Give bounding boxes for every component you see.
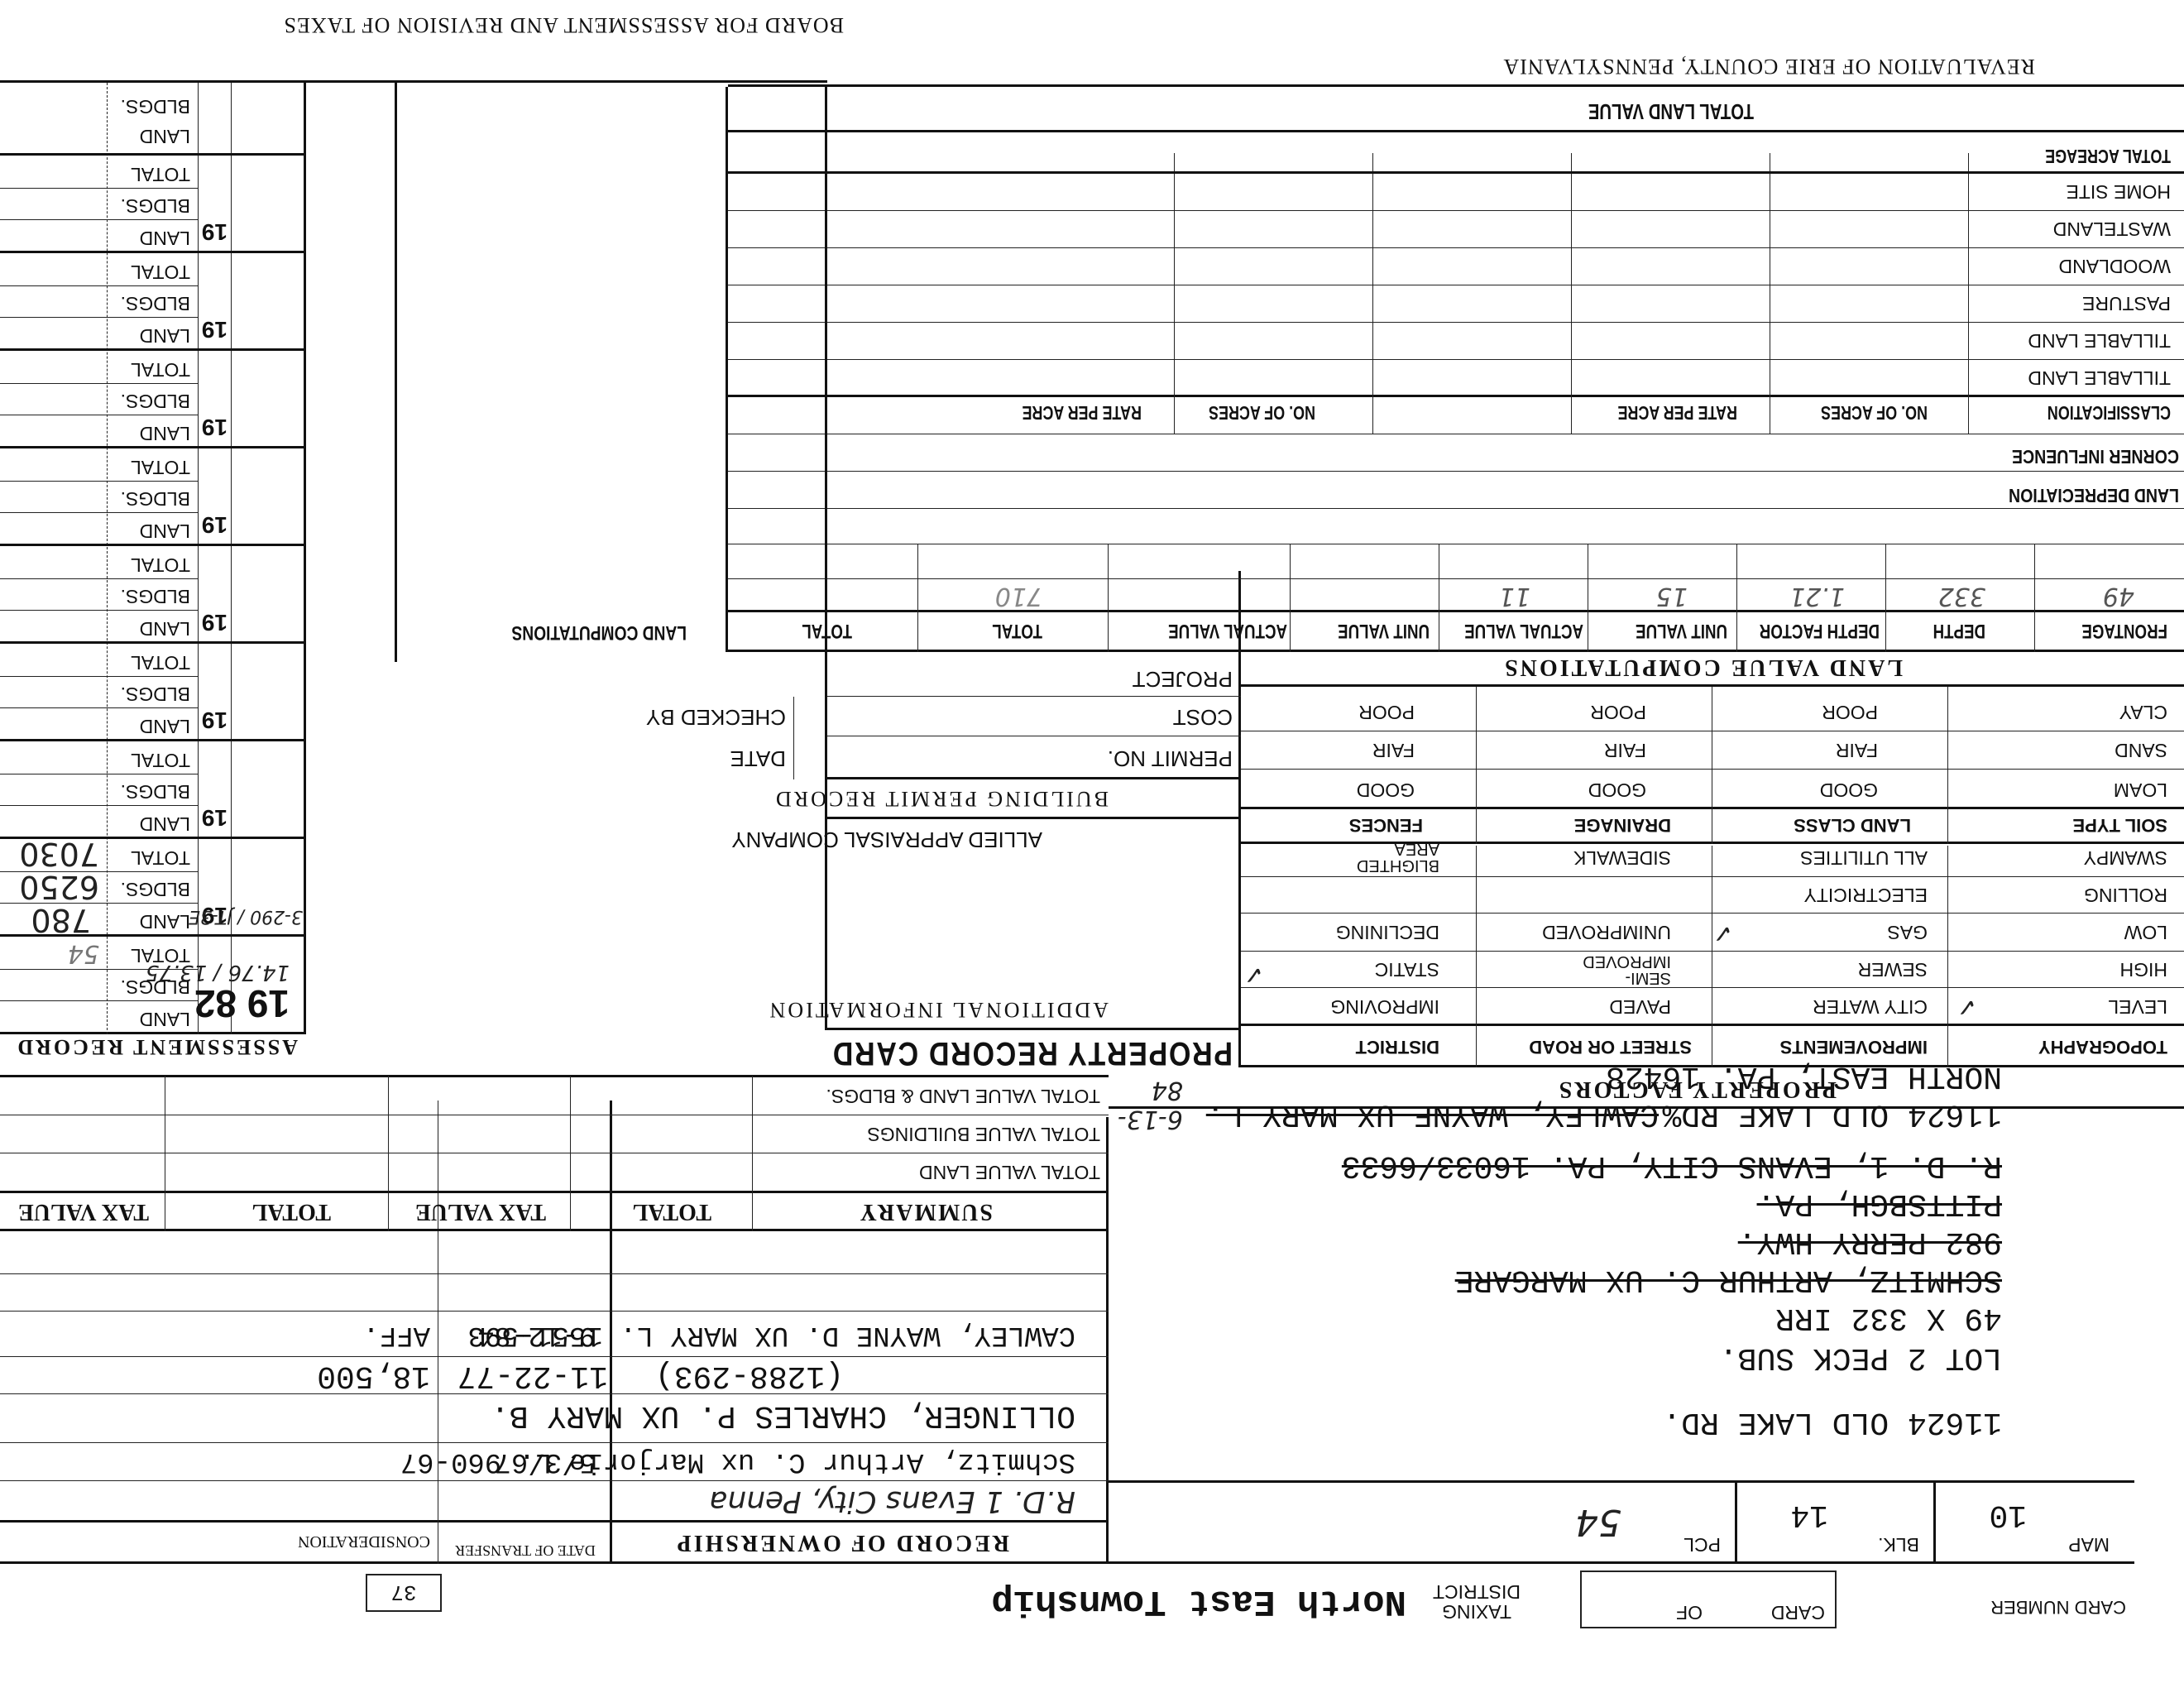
land-depreciation-label: LAND DEPRECIATION <box>2009 484 2179 506</box>
summary-col-total: TOTAL <box>252 1198 331 1225</box>
assessment-grid: 19 82 14.76 / 13.75 LAND BLDGS. TOTAL 54… <box>0 83 306 1034</box>
lv-col-header: UNIT VALUE <box>1338 619 1430 642</box>
acreage-row-label: TOTAL ACREAGE <box>2045 145 2171 167</box>
lv-entry: 15 <box>1656 582 1688 611</box>
map-value: 10 <box>1989 1497 2027 1532</box>
land-value-title: LAND VALUE COMPUTATIONS <box>1502 654 1903 680</box>
factor-header: LAND CLASS <box>1794 814 1911 836</box>
factor-header: SOIL TYPE <box>2072 814 2167 836</box>
assessment-bldgs: 6250 <box>19 869 99 905</box>
classification-header: RATE PER ACRE <box>1022 401 1142 424</box>
assessment-row-label: TOTAL <box>131 846 190 869</box>
assessment-row-label: BLDGS. <box>121 878 190 900</box>
factor-option: ROLLING <box>2084 884 2167 906</box>
factor-option: PAVED <box>1609 995 1671 1018</box>
checkmark-icon[interactable]: ✓ <box>1243 960 1264 989</box>
summary-row-label: TOTAL VALUE LAND & BLDGS. <box>826 1085 1100 1107</box>
factor-option: GOOD <box>1357 779 1415 801</box>
additional-information-label: ADDITIONAL INFORMATION <box>768 997 1109 1022</box>
factor-option: STATIC <box>1375 958 1439 981</box>
property-factors-title: PROPERTY FACTORS <box>1557 1076 1837 1102</box>
factor-option: FAIR <box>1604 739 1646 761</box>
checked-by-label: CHECKED BY <box>646 704 786 730</box>
factor-option: FAIR <box>1372 739 1415 761</box>
of-label: OF <box>1676 1601 1703 1623</box>
factor-option: GAS <box>1887 921 1928 943</box>
factor-option: CLAY <box>2119 701 2167 723</box>
project-label: PROJECT <box>1133 666 1233 692</box>
acreage-row-label: TILLABLE LAND <box>2028 367 2171 389</box>
assessment-row-label: TOTAL <box>131 554 190 576</box>
transfer-date: 9-12-84 <box>477 1319 596 1350</box>
assessment-row-label: LAND <box>140 910 190 933</box>
acreage-row-label: WOODLAND <box>2059 255 2171 277</box>
assessment-row-label: BLDGS. <box>121 194 190 217</box>
ownership-row: (1288-293) <box>655 1358 844 1393</box>
assessment-row-label: BLDGS. <box>121 585 190 607</box>
factor-option: POOR <box>1358 701 1415 723</box>
address-line-struck: PITTSBGH, PA. <box>1757 1186 2002 1221</box>
assessment-row-label: LAND <box>140 715 190 737</box>
lv-col-header: TOTAL <box>992 619 1042 642</box>
classification-header: CLASSIFICATION <box>2047 401 2171 424</box>
summary-col-tax-value: TAX VALUE <box>18 1198 149 1225</box>
factor-option: HIGH <box>2120 958 2168 981</box>
assessment-row-label: BLDGS. <box>121 683 190 705</box>
classification-header: NO. OF ACRES <box>1821 401 1928 424</box>
factor-option: POOR <box>1822 701 1878 723</box>
assessment-row-label: TOTAL <box>131 456 190 478</box>
assessment-row-label: TOTAL <box>131 261 190 283</box>
county-title: REVALUATION OF ERIE COUNTY, PENNSYLVANIA <box>1502 54 2035 79</box>
factor-option: SEWER <box>1858 958 1928 981</box>
factor-option: SWAMPY <box>2084 846 2167 869</box>
classification-header: NO. OF ACRES <box>1209 401 1315 424</box>
date-of-transfer-header: DATE OF TRANSFER <box>447 1542 604 1559</box>
acreage-row-label: PASTURE <box>2082 292 2171 314</box>
factor-header: DRAINAGE <box>1574 814 1671 836</box>
assessment-row-label: TOTAL <box>131 358 190 381</box>
assessment-row-label: BLDGS. <box>121 487 190 510</box>
permit-no-label: PERMIT NO. <box>1108 746 1233 771</box>
taxing-district-label: TAXING DISTRICT <box>1423 1582 1530 1622</box>
factor-option: POOR <box>1590 701 1646 723</box>
assessment-year: 19 <box>202 414 227 440</box>
transfer-date: 5/3/67 <box>495 1446 596 1477</box>
factor-option: UNIMPROVED <box>1542 921 1671 943</box>
assessment-row-label: LAND <box>140 813 190 835</box>
assessment-year: 19 <box>202 609 227 635</box>
assessment-year: 19 <box>202 316 227 343</box>
assessment-row-label: TOTAL <box>131 944 190 966</box>
acreage-row-label: HOME SITE <box>2066 180 2171 203</box>
pcl-value: 54 <box>1575 1501 1621 1543</box>
summary-title: SUMMARY <box>859 1198 993 1225</box>
assessment-row-label: LAND <box>140 227 190 249</box>
assessment-row-label: LAND <box>140 324 190 347</box>
box-number: 37 <box>366 1574 442 1612</box>
address-line: 49 X 332 IRR <box>1775 1300 2002 1336</box>
blk-value: 14 <box>1790 1497 1828 1532</box>
lv-col-header: DEPTH FACTOR <box>1760 619 1880 642</box>
assessment-row-label: BLDGS. <box>121 95 190 117</box>
classification-header: RATE PER ACRE <box>1617 401 1737 424</box>
lv-entry: 332 <box>1938 582 1985 611</box>
building-permit-title: BUILDING PERMIT RECORD <box>773 786 1109 811</box>
card-label: CARD <box>1771 1601 1825 1623</box>
factor-option: LOAM <box>2114 779 2167 801</box>
map-label: MAP <box>2068 1533 2110 1556</box>
assessment-row-label: TOTAL <box>131 163 190 185</box>
lv-entry: 1.21 <box>1789 582 1845 611</box>
acreage-row-label: TILLABLE LAND <box>2028 329 2171 352</box>
assessment-land: 780 <box>31 902 91 938</box>
assessment-row-label: LAND <box>140 617 190 640</box>
permit-date-label: DATE <box>730 746 786 771</box>
factor-option: LOW <box>2124 921 2167 943</box>
factor-option: DECLINING <box>1336 921 1439 943</box>
cost-label: COST <box>1173 704 1233 730</box>
factor-option: SIDEWALK <box>1573 846 1671 869</box>
card-number-label: CARD NUMBER <box>1990 1596 2126 1618</box>
assessment-row-label: TOTAL <box>131 749 190 771</box>
consideration-value: AFF. <box>362 1319 430 1350</box>
card-of-box[interactable]: CARD OF <box>1580 1571 1837 1628</box>
assessment-row-label: BLDGS. <box>121 780 190 803</box>
address-line-struck: 982 PERRY HWY. <box>1738 1224 2002 1259</box>
handwritten-date: 6-13-84 <box>1109 1076 1183 1134</box>
consideration-value: 18,500 <box>317 1358 430 1393</box>
factor-option: FAIR <box>1836 739 1878 761</box>
factor-header: DISTRICT <box>1356 1036 1439 1057</box>
assessment-row-label: LAND <box>140 422 190 444</box>
address-line-struck: R. D. 1, EVANS CITY, PA. 16033/6633 <box>1342 1148 2002 1183</box>
blk-label: BLK. <box>1878 1533 1919 1556</box>
lv-col-header: ACTUAL VALUE <box>1168 619 1287 642</box>
assessment-total: 7030 <box>19 836 99 872</box>
assessment-row-label: BLDGS. <box>121 292 190 314</box>
assessment-year: 19 <box>202 511 227 538</box>
lv-col-header: UNIT VALUE <box>1636 619 1727 642</box>
factor-option: BLIGHTED AREA <box>1332 841 1439 874</box>
total-land-value-label: TOTAL LAND VALUE <box>1588 98 1754 124</box>
factor-option: LEVEL <box>2108 995 2167 1018</box>
assessment-total: 54 <box>68 939 99 968</box>
address-line: LOT 2 PECK SUB. <box>1719 1340 2002 1375</box>
lv-col-header: FRONTAGE <box>2081 619 2167 642</box>
corner-influence-label: CORNER INFLUENCE <box>2012 445 2179 468</box>
factor-option: ALL UTILITIES <box>1800 846 1928 869</box>
taxing-district-value: North East Township <box>991 1580 1406 1622</box>
assessment-row-label: TOTAL <box>131 651 190 674</box>
acreage-row-label: WASTELAND <box>2053 218 2171 240</box>
assessment-title: ASSESSMENT RECORD <box>15 1034 298 1059</box>
factor-option: SAND <box>2115 739 2167 761</box>
summary-row-label: TOTAL VALUE BUILDINGS <box>867 1123 1100 1145</box>
assessment-year: 19 <box>202 804 227 831</box>
ownership-row: R.D. 1 Evans City, Penna <box>709 1484 1075 1518</box>
factor-option: SEMI-IMPROVED <box>1572 953 1671 986</box>
assessment-year: 19 82 <box>194 981 290 1026</box>
summary-col-tax-value: TAX VALUE <box>415 1198 546 1225</box>
factor-option: GOOD <box>1588 779 1646 801</box>
assessment-row-label: LAND <box>140 520 190 542</box>
lv-col-header: ACTUAL VALUE <box>1464 619 1583 642</box>
board-title: BOARD FOR ASSESSMENT AND REVISION OF TAX… <box>283 12 844 37</box>
assessment-year: 19 <box>202 707 227 733</box>
factor-header: STREET OR ROAD <box>1529 1036 1692 1057</box>
checkmark-icon[interactable]: ✓ <box>1956 992 1977 1021</box>
ownership-title: RECORD OF OWNERSHIP <box>675 1529 1009 1556</box>
factor-option: GOOD <box>1820 779 1878 801</box>
assessment-note: 3-290 / JT-3E <box>189 906 303 927</box>
assessment-row-label: LAND <box>140 125 190 147</box>
address-line-struck: SCHMITZ, ARTHUR C. UX MARGARE <box>1455 1262 2002 1297</box>
property-record-card-title: PROPERTY RECORD CARD <box>831 1034 1233 1072</box>
property-record-card: CARD NUMBER CARD OF TAXING DISTRICT Nort… <box>0 0 2184 1688</box>
lv-entry: 710 <box>995 582 1042 611</box>
factor-option: CITY WATER <box>1813 995 1928 1018</box>
assessment-row-label: LAND <box>140 1008 190 1030</box>
transfer-date: 11-22-77 <box>457 1358 608 1393</box>
lv-entry: 11 <box>1499 582 1530 611</box>
allied-appraisal-label: ALLIED APPRAISAL COMPANY <box>731 827 1042 852</box>
assessment-row-label: BLDGS. <box>121 390 190 412</box>
land-computations-label: LAND COMPUTATIONS <box>511 621 687 644</box>
pcl-label: PCL <box>1683 1533 1721 1556</box>
factor-header: IMPROVEMENTS <box>1780 1036 1928 1057</box>
factor-header: FENCES <box>1349 814 1423 836</box>
summary-row-label: TOTAL VALUE LAND <box>919 1161 1100 1183</box>
summary-col-total: TOTAL <box>633 1198 711 1225</box>
lv-entry: 49 <box>2103 582 2134 611</box>
ownership-row: OLLINGER, CHARLES P. UX MARY B. <box>491 1398 1075 1433</box>
assessment-row-label: BLDGS. <box>121 976 190 998</box>
checkmark-icon[interactable]: ✓ <box>1712 918 1733 947</box>
factor-header: TOPOGRAPHY <box>2038 1036 2167 1057</box>
address-line: 11624 OLD LAKE RD. <box>1663 1404 2002 1440</box>
consideration-header: CONSIDERATION <box>298 1532 430 1551</box>
lv-col-header: DEPTH <box>1933 619 1985 642</box>
factor-option: IMPROVING <box>1330 995 1439 1018</box>
assessment-year: 19 <box>202 218 227 245</box>
factor-option: ELECTRICITY <box>1803 884 1928 906</box>
